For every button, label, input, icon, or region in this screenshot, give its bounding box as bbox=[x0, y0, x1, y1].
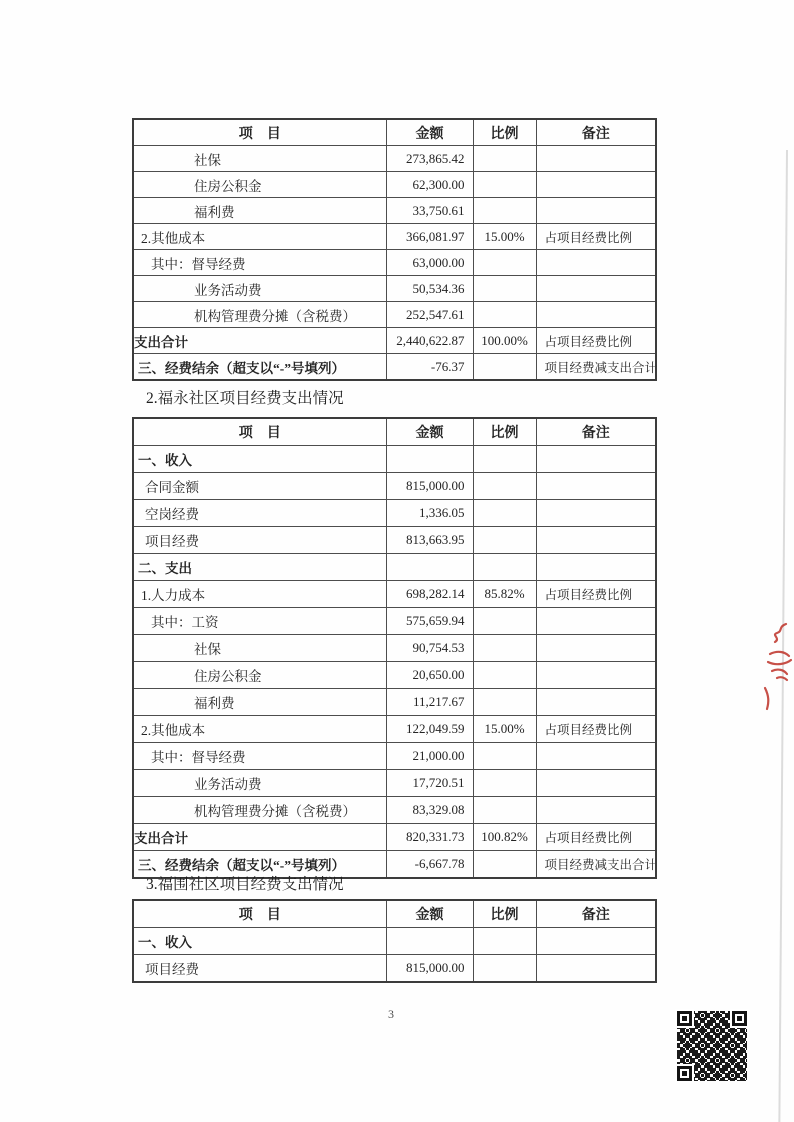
cell-item: 支出合计 bbox=[133, 824, 386, 851]
table-row-balance: 三、经费结余（超支以“-”号填列） -76.37 项目经费减支出合计 bbox=[133, 354, 656, 381]
cell-item: 2.其他成本 bbox=[133, 716, 386, 743]
cell-note bbox=[536, 608, 656, 635]
cell-note: 占项目经费比例 bbox=[536, 328, 656, 354]
cell-item: 业务活动费 bbox=[133, 770, 386, 797]
cell-item: 合同金额 bbox=[133, 473, 386, 500]
cell-note bbox=[536, 446, 656, 473]
table-header-row: 项 目 金额 比例 备注 bbox=[133, 418, 656, 446]
cell-ratio bbox=[473, 172, 536, 198]
qr-code bbox=[677, 1011, 747, 1081]
cell-amount: 273,865.42 bbox=[386, 146, 473, 172]
section-heading-fuwei: 3.福围社区项目经费支出情况 bbox=[146, 875, 344, 895]
cell-ratio bbox=[473, 250, 536, 276]
cell-item: 其中：督导经费 bbox=[133, 250, 386, 276]
table-row: 福利费 33,750.61 bbox=[133, 198, 656, 224]
cell-item: 一、收入 bbox=[133, 446, 386, 473]
cell-note: 占项目经费比例 bbox=[536, 224, 656, 250]
cell-item: 社保 bbox=[133, 146, 386, 172]
cell-note bbox=[536, 689, 656, 716]
cell-item: 项目经费 bbox=[133, 527, 386, 554]
cell-item: 二、支出 bbox=[133, 554, 386, 581]
table-header-row: 项 目 金额 比例 备注 bbox=[133, 119, 656, 146]
cell-note: 占项目经费比例 bbox=[536, 716, 656, 743]
cell-ratio bbox=[473, 608, 536, 635]
col-header-amount: 金额 bbox=[386, 119, 473, 146]
cell-amount bbox=[386, 446, 473, 473]
cell-amount: -6,667.78 bbox=[386, 851, 473, 879]
cell-ratio bbox=[473, 955, 536, 983]
table-row: 机构管理费分摊（含税费） 83,329.08 bbox=[133, 797, 656, 824]
section-heading-fuyong: 2.福永社区项目经费支出情况 bbox=[146, 389, 344, 409]
table-row: 社保 90,754.53 bbox=[133, 635, 656, 662]
col-header-amount: 金额 bbox=[386, 418, 473, 446]
cell-amount: 2,440,622.87 bbox=[386, 328, 473, 354]
cell-item: 社保 bbox=[133, 635, 386, 662]
cell-ratio bbox=[473, 302, 536, 328]
col-header-note: 备注 bbox=[536, 900, 656, 928]
cell-amount: 33,750.61 bbox=[386, 198, 473, 224]
table-row: 业务活动费 50,534.36 bbox=[133, 276, 656, 302]
cell-ratio bbox=[473, 928, 536, 955]
cell-ratio bbox=[473, 276, 536, 302]
table-row: 2.其他成本 366,081.97 15.00% 占项目经费比例 bbox=[133, 224, 656, 250]
cell-item: 其中：督导经费 bbox=[133, 743, 386, 770]
cell-item: 机构管理费分摊（含税费） bbox=[133, 797, 386, 824]
cell-ratio bbox=[473, 500, 536, 527]
table-row: 空岗经费 1,336.05 bbox=[133, 500, 656, 527]
cell-ratio bbox=[473, 527, 536, 554]
cell-ratio bbox=[473, 354, 536, 381]
table-row-section: 二、支出 bbox=[133, 554, 656, 581]
col-header-item: 项 目 bbox=[133, 119, 386, 146]
table-row-balance: 三、经费结余（超支以“-”号填列） -6,667.78 项目经费减支出合计 bbox=[133, 851, 656, 879]
cell-note bbox=[536, 473, 656, 500]
expense-table-2-fuyong: 项 目 金额 比例 备注 一、收入 合同金额 815,000.00 空岗经费 1… bbox=[132, 417, 657, 879]
cell-note: 项目经费减支出合计 bbox=[536, 354, 656, 381]
col-header-amount: 金额 bbox=[386, 900, 473, 928]
cell-item: 其中：工资 bbox=[133, 608, 386, 635]
cell-note bbox=[536, 198, 656, 224]
cell-item: 空岗经费 bbox=[133, 500, 386, 527]
col-header-note: 备注 bbox=[536, 418, 656, 446]
cell-note: 项目经费减支出合计 bbox=[536, 851, 656, 879]
qr-finder-pattern bbox=[677, 1011, 692, 1026]
cell-note bbox=[536, 500, 656, 527]
col-header-item: 项 目 bbox=[133, 900, 386, 928]
table-row-section: 一、收入 bbox=[133, 446, 656, 473]
scanned-document-page: 项 目 金额 比例 备注 社保 273,865.42 住房公积金 62,300.… bbox=[0, 0, 794, 1122]
table-row: 项目经费 815,000.00 bbox=[133, 955, 656, 983]
cell-amount: 21,000.00 bbox=[386, 743, 473, 770]
table-row-total: 支出合计 2,440,622.87 100.00% 占项目经费比例 bbox=[133, 328, 656, 354]
qr-finder-pattern bbox=[732, 1011, 747, 1026]
cell-ratio: 15.00% bbox=[473, 716, 536, 743]
cell-note bbox=[536, 554, 656, 581]
table-row: 2.其他成本 122,049.59 15.00% 占项目经费比例 bbox=[133, 716, 656, 743]
col-header-item: 项 目 bbox=[133, 418, 386, 446]
cell-ratio bbox=[473, 146, 536, 172]
cell-ratio: 15.00% bbox=[473, 224, 536, 250]
cell-item: 项目经费 bbox=[133, 955, 386, 983]
cell-item: 三、经费结余（超支以“-”号填列） bbox=[133, 851, 386, 879]
qr-finder-pattern bbox=[677, 1066, 692, 1081]
cell-amount: 820,331.73 bbox=[386, 824, 473, 851]
cell-ratio bbox=[473, 770, 536, 797]
col-header-ratio: 比例 bbox=[473, 418, 536, 446]
table-row: 1.人力成本 698,282.14 85.82% 占项目经费比例 bbox=[133, 581, 656, 608]
cell-item: 住房公积金 bbox=[133, 172, 386, 198]
cell-ratio bbox=[473, 198, 536, 224]
cell-amount: 62,300.00 bbox=[386, 172, 473, 198]
cell-note: 占项目经费比例 bbox=[536, 824, 656, 851]
cell-note bbox=[536, 770, 656, 797]
cell-ratio bbox=[473, 635, 536, 662]
cell-note bbox=[536, 250, 656, 276]
cell-note bbox=[536, 302, 656, 328]
cell-note bbox=[536, 662, 656, 689]
col-header-ratio: 比例 bbox=[473, 119, 536, 146]
table-row: 福利费 11,217.67 bbox=[133, 689, 656, 716]
table-row-section: 一、收入 bbox=[133, 928, 656, 955]
table-row: 其中：督导经费 63,000.00 bbox=[133, 250, 656, 276]
cell-amount: 50,534.36 bbox=[386, 276, 473, 302]
cell-item: 一、收入 bbox=[133, 928, 386, 955]
table-row: 项目经费 813,663.95 bbox=[133, 527, 656, 554]
cell-item: 福利费 bbox=[133, 198, 386, 224]
cell-item: 机构管理费分摊（含税费） bbox=[133, 302, 386, 328]
red-stamp-mark bbox=[756, 612, 794, 712]
cell-amount: 20,650.00 bbox=[386, 662, 473, 689]
table-row: 社保 273,865.42 bbox=[133, 146, 656, 172]
cell-note bbox=[536, 635, 656, 662]
cell-note bbox=[536, 928, 656, 955]
cell-item: 三、经费结余（超支以“-”号填列） bbox=[133, 354, 386, 381]
cell-item: 住房公积金 bbox=[133, 662, 386, 689]
cell-ratio: 100.82% bbox=[473, 824, 536, 851]
cell-note bbox=[536, 797, 656, 824]
cell-amount: 63,000.00 bbox=[386, 250, 473, 276]
cell-ratio bbox=[473, 662, 536, 689]
cell-ratio bbox=[473, 473, 536, 500]
cell-item: 支出合计 bbox=[133, 328, 386, 354]
cell-ratio bbox=[473, 797, 536, 824]
cell-amount: 17,720.51 bbox=[386, 770, 473, 797]
cell-ratio bbox=[473, 554, 536, 581]
cell-note bbox=[536, 527, 656, 554]
cell-amount: 83,329.08 bbox=[386, 797, 473, 824]
table-row: 其中：督导经费 21,000.00 bbox=[133, 743, 656, 770]
cell-amount: 815,000.00 bbox=[386, 955, 473, 983]
col-header-ratio: 比例 bbox=[473, 900, 536, 928]
cell-amount: 698,282.14 bbox=[386, 581, 473, 608]
cell-note bbox=[536, 276, 656, 302]
cell-ratio: 85.82% bbox=[473, 581, 536, 608]
table-row: 住房公积金 20,650.00 bbox=[133, 662, 656, 689]
cell-amount: 366,081.97 bbox=[386, 224, 473, 250]
cell-item: 福利费 bbox=[133, 689, 386, 716]
cell-amount bbox=[386, 554, 473, 581]
cell-note bbox=[536, 743, 656, 770]
cell-amount: 575,659.94 bbox=[386, 608, 473, 635]
expense-table-3-fuwei: 项 目 金额 比例 备注 一、收入 项目经费 815,000.00 bbox=[132, 899, 657, 983]
table-row: 业务活动费 17,720.51 bbox=[133, 770, 656, 797]
table-row: 住房公积金 62,300.00 bbox=[133, 172, 656, 198]
cell-amount: 122,049.59 bbox=[386, 716, 473, 743]
cell-item: 2.其他成本 bbox=[133, 224, 386, 250]
cell-ratio bbox=[473, 743, 536, 770]
cell-note: 占项目经费比例 bbox=[536, 581, 656, 608]
cell-amount: 90,754.53 bbox=[386, 635, 473, 662]
cell-amount: 11,217.67 bbox=[386, 689, 473, 716]
cell-ratio bbox=[473, 851, 536, 879]
col-header-note: 备注 bbox=[536, 119, 656, 146]
cell-amount: 252,547.61 bbox=[386, 302, 473, 328]
cell-note bbox=[536, 172, 656, 198]
cell-ratio bbox=[473, 689, 536, 716]
cell-amount: 1,336.05 bbox=[386, 500, 473, 527]
table-row: 机构管理费分摊（含税费） 252,547.61 bbox=[133, 302, 656, 328]
cell-amount: -76.37 bbox=[386, 354, 473, 381]
table-row-total: 支出合计 820,331.73 100.82% 占项目经费比例 bbox=[133, 824, 656, 851]
table-row: 合同金额 815,000.00 bbox=[133, 473, 656, 500]
cell-amount bbox=[386, 928, 473, 955]
expense-table-1: 项 目 金额 比例 备注 社保 273,865.42 住房公积金 62,300.… bbox=[132, 118, 657, 381]
table-header-row: 项 目 金额 比例 备注 bbox=[133, 900, 656, 928]
cell-amount: 815,000.00 bbox=[386, 473, 473, 500]
table-row: 其中：工资 575,659.94 bbox=[133, 608, 656, 635]
cell-ratio: 100.00% bbox=[473, 328, 536, 354]
cell-ratio bbox=[473, 446, 536, 473]
cell-item: 业务活动费 bbox=[133, 276, 386, 302]
cell-note bbox=[536, 146, 656, 172]
cell-item: 1.人力成本 bbox=[133, 581, 386, 608]
cell-amount: 813,663.95 bbox=[386, 527, 473, 554]
cell-note bbox=[536, 955, 656, 983]
page-number: 3 bbox=[0, 1007, 782, 1022]
